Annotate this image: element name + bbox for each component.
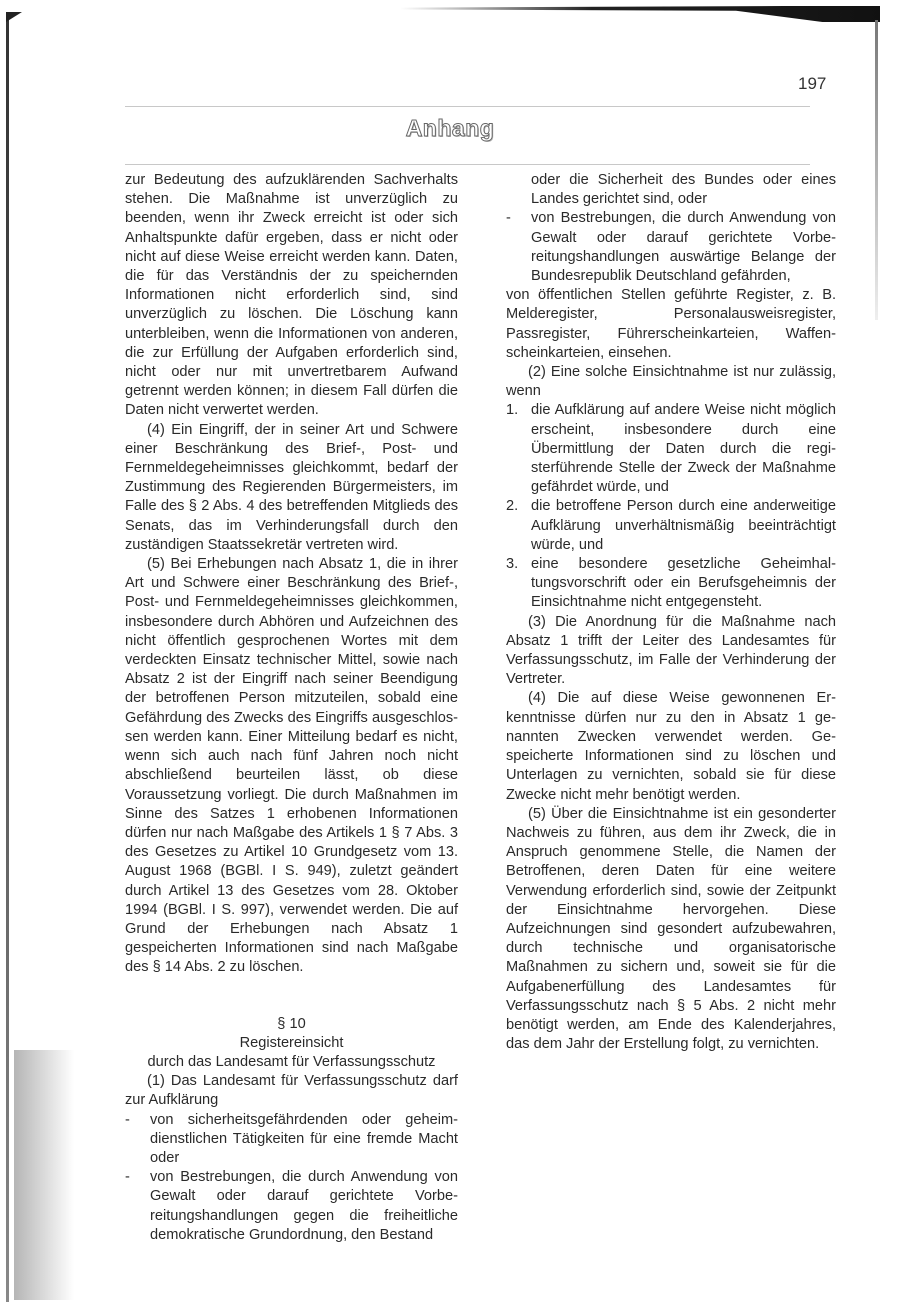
number-marker: 1. [506, 401, 526, 420]
right-column: oder die Sicherheit des Bundes oder eine… [506, 171, 836, 1054]
dash-marker: - [506, 209, 526, 228]
scan-top-edge-shadow [400, 6, 880, 22]
list-item-text: von sicherheitsgefährdenden oder geheim­… [150, 1112, 458, 1166]
paragraph-continuation: zur Bedeutung des aufzuklärenden Sach­ve… [125, 171, 458, 421]
left-column: zur Bedeutung des aufzuklärenden Sach­ve… [125, 171, 458, 1245]
scan-left-corner [6, 12, 22, 22]
section-subtitle: durch das Landesamt für Verfassungsschut… [125, 1053, 458, 1072]
scan-right-edge [875, 20, 878, 320]
numbered-item-text: die Aufklärung auf andere Weise nicht mö… [531, 402, 836, 495]
paragraph-2: (2) Eine solche Einsichtnahme ist nur zu… [506, 363, 836, 401]
section-10-paragraph-1: (1) Das Landesamt für Verfassungsschutz … [125, 1072, 458, 1110]
paragraph-3: (3) Die Anordnung für die Maßnahme nach … [506, 613, 836, 690]
numbered-item: 1. die Aufklärung auf andere Weise nicht… [506, 401, 836, 497]
list-item-text: von Bestrebungen, die durch Anwendung vo… [531, 210, 836, 284]
number-marker: 2. [506, 497, 526, 516]
list-item: - von sicherheitsgefährdenden oder gehei… [125, 1111, 458, 1169]
header-rule-top [125, 106, 810, 107]
scan-binding-shadow [14, 1050, 74, 1300]
numbered-item-text: eine besondere gesetzliche Geheimhal­tun… [531, 556, 836, 610]
list-item-continuation: oder die Sicherheit des Bundes oder eine… [506, 171, 836, 209]
page-number: 197 [798, 74, 826, 94]
dash-marker: - [125, 1168, 145, 1187]
list-item: - von Bestrebungen, die durch Anwendung … [506, 209, 836, 286]
paragraph-5: (5) Bei Erhebungen nach Absatz 1, die in… [125, 555, 458, 977]
numbered-item: 2. die betroffene Person durch eine ande… [506, 497, 836, 555]
paragraph-4: (4) Ein Eingriff, der in seiner Art und … [125, 421, 458, 555]
list-item-text: von Bestrebungen, die durch Anwendung vo… [150, 1169, 458, 1243]
running-header-title: Anhang [0, 115, 900, 142]
header-rule-bottom [125, 164, 810, 165]
paragraph-4: (4) Die auf diese Weise gewonnenen Er­ke… [506, 689, 836, 804]
list-item: - von Bestrebungen, die durch Anwendung … [125, 1168, 458, 1245]
numbered-item: 3. eine besondere gesetzliche Geheimhal­… [506, 555, 836, 613]
number-marker: 3. [506, 555, 526, 574]
dash-marker: - [125, 1111, 145, 1130]
section-number: § 10 [125, 1015, 458, 1034]
scan-left-edge [6, 12, 9, 1302]
paragraph-5: (5) Über die Einsichtnahme ist ein geson… [506, 805, 836, 1055]
numbered-item-text: die betroffene Person durch eine ander­w… [531, 498, 836, 552]
section-title: Registereinsicht [125, 1034, 458, 1053]
paragraph-after-list: von öffentlichen Stellen geführte Regist… [506, 286, 836, 363]
section-spacer [125, 978, 458, 1015]
